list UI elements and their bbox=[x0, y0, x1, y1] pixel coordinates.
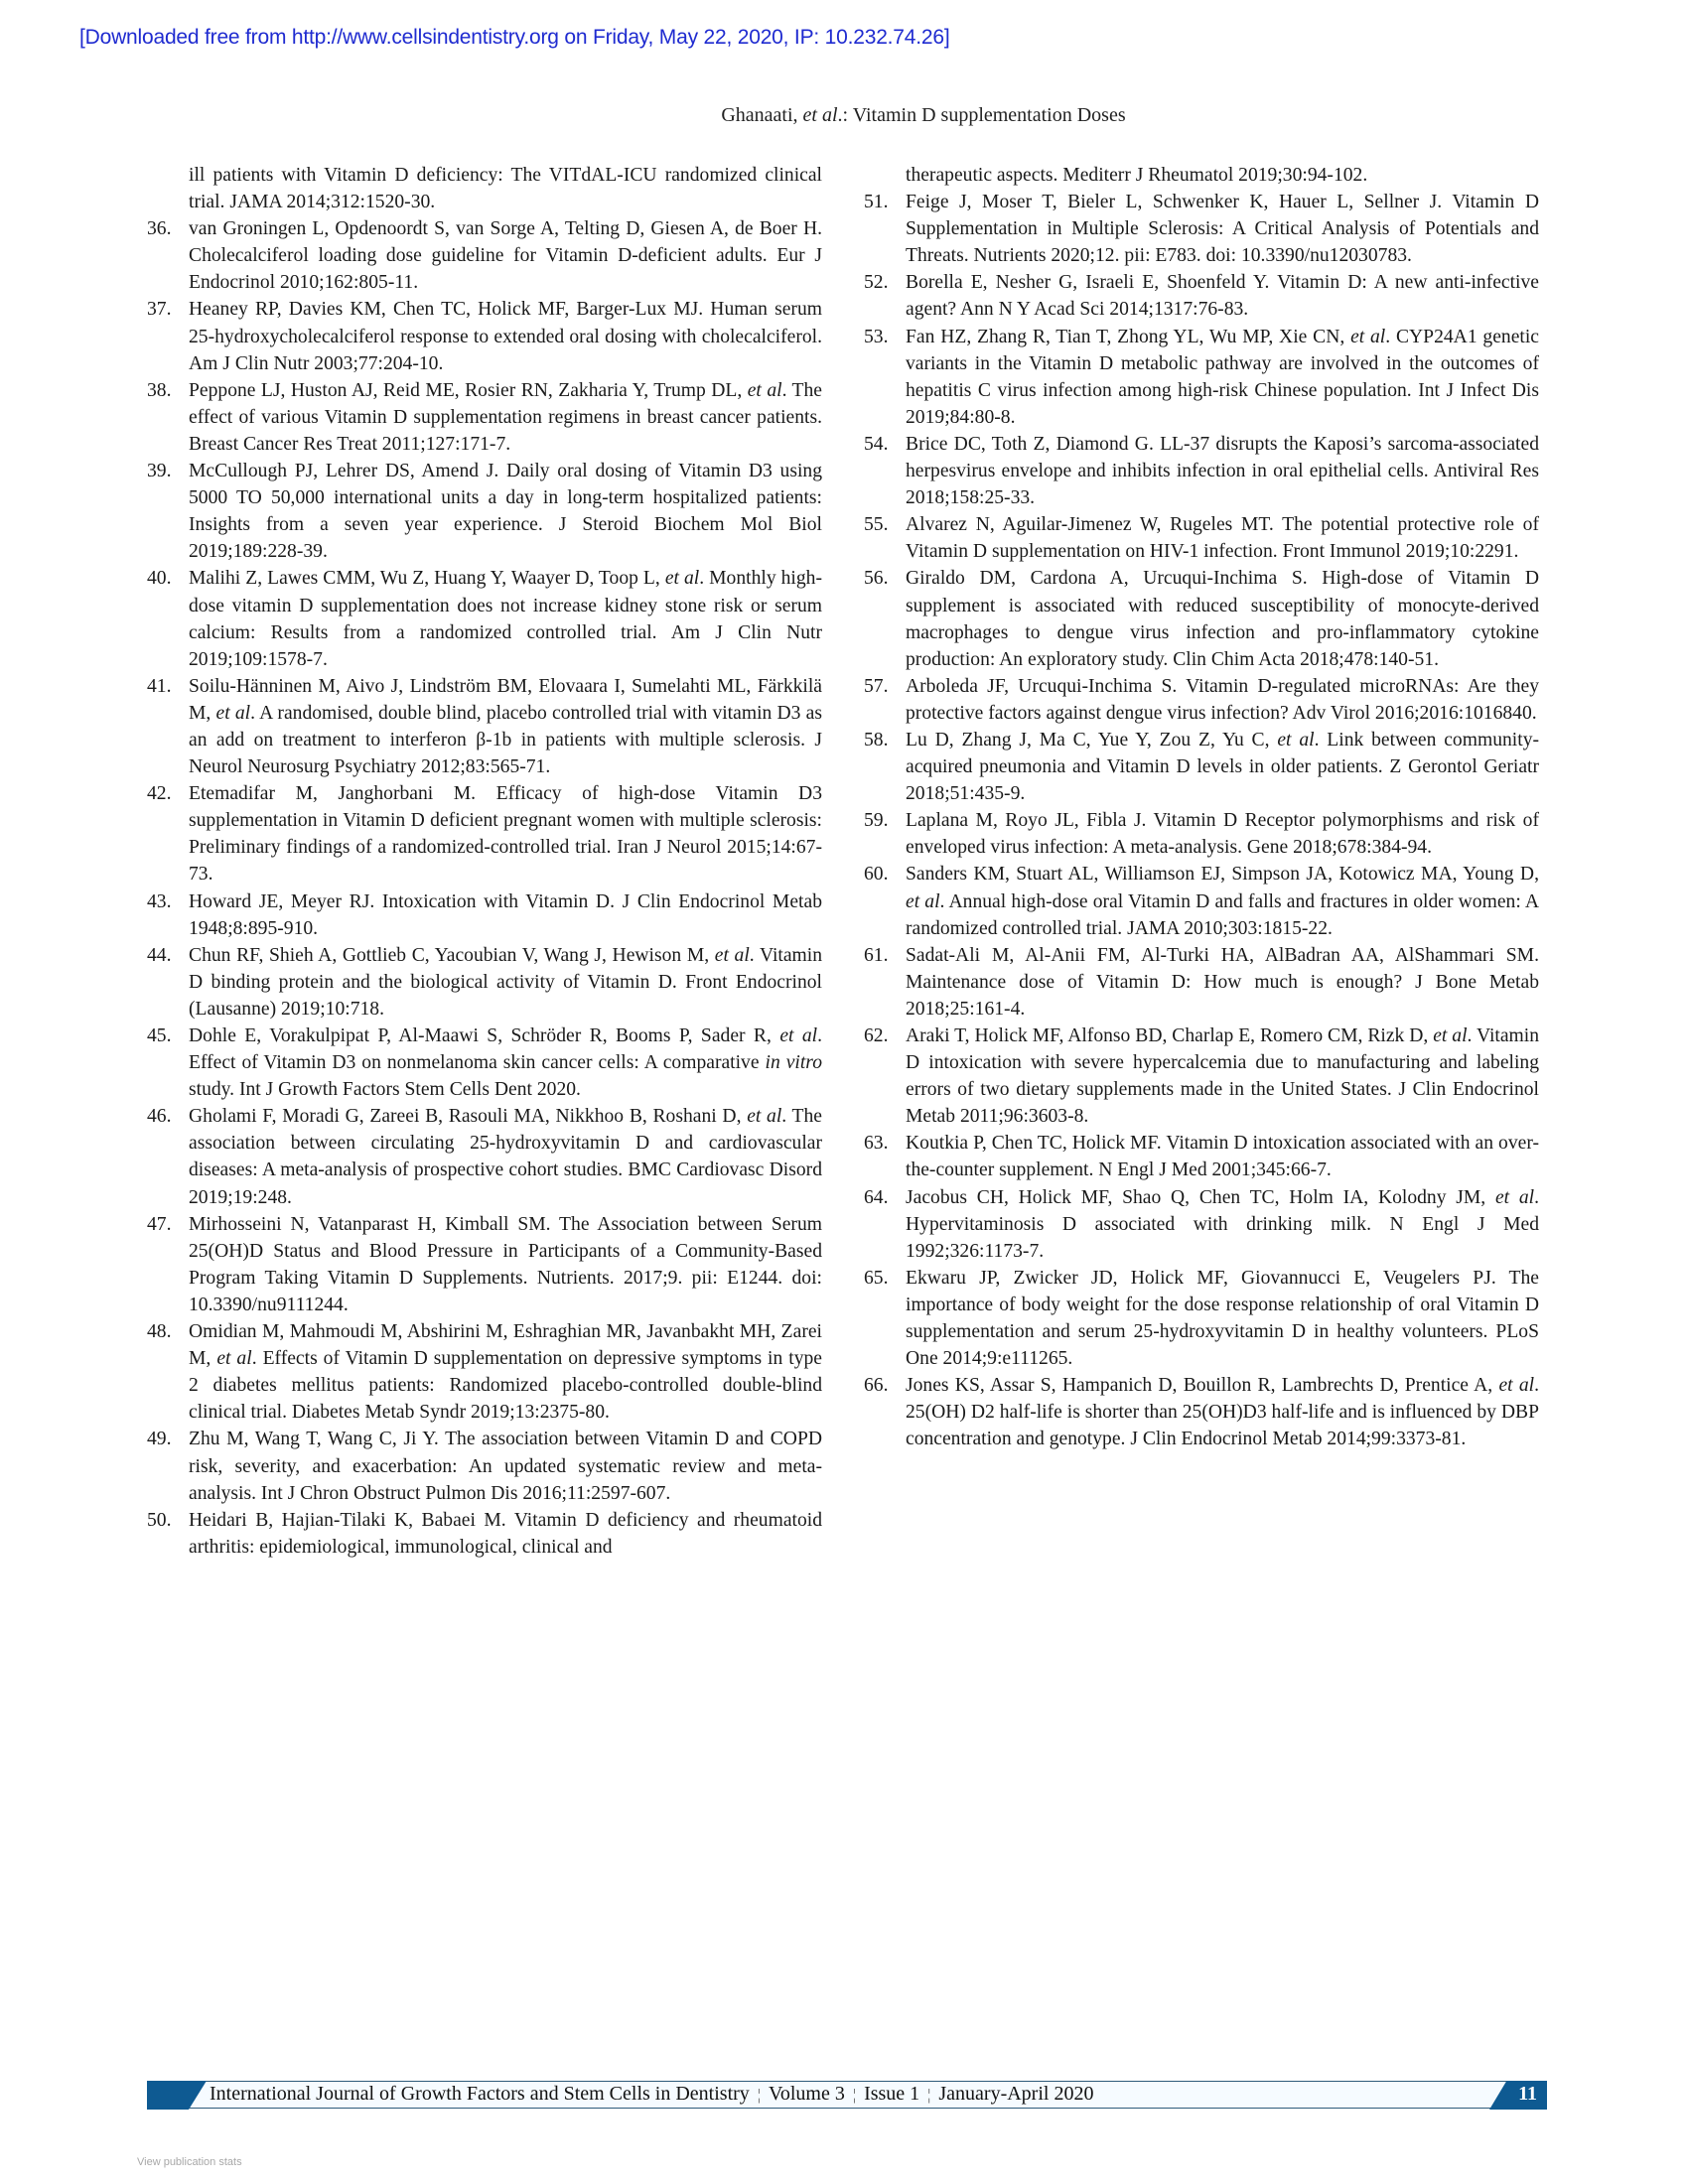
reference-number: 57. bbox=[864, 673, 906, 727]
reference-number: 59. bbox=[864, 807, 906, 861]
italic-text: et al bbox=[1495, 1187, 1534, 1208]
reference-item: 48.Omidian M, Mahmoudi M, Abshirini M, E… bbox=[147, 1318, 822, 1426]
reference-item: 61.Sadat-Ali M, Al-Anii FM, Al-Turki HA,… bbox=[864, 942, 1539, 1023]
reference-text: Zhu M, Wang T, Wang C, Ji Y. The associa… bbox=[189, 1426, 822, 1506]
issue-date: January-April 2020 bbox=[938, 2083, 1093, 2105]
reference-text: Peppone LJ, Huston AJ, Reid ME, Rosier R… bbox=[189, 377, 822, 458]
reference-number: 47. bbox=[147, 1211, 189, 1318]
reference-text: Jacobus CH, Holick MF, Shao Q, Chen TC, … bbox=[906, 1184, 1539, 1265]
text-segment: Howard JE, Meyer RJ. Intoxication with V… bbox=[189, 891, 822, 939]
reference-text: Mirhosseini N, Vatanparast H, Kimball SM… bbox=[189, 1211, 822, 1318]
text-segment: . Effects of Vitamin D supplementation o… bbox=[189, 1348, 822, 1423]
footer-journal-info: International Journal of Growth Factors … bbox=[210, 2083, 1093, 2106]
reference-text: Jones KS, Assar S, Hampanich D, Bouillon… bbox=[906, 1372, 1539, 1452]
reference-text: Fan HZ, Zhang R, Tian T, Zhong YL, Wu MP… bbox=[906, 324, 1539, 431]
italic-text: et al bbox=[748, 380, 782, 401]
reference-item: 43.Howard JE, Meyer RJ. Intoxication wit… bbox=[147, 888, 822, 942]
reference-number: 41. bbox=[147, 673, 189, 780]
reference-item: 65.Ekwaru JP, Zwicker JD, Holick MF, Gio… bbox=[864, 1265, 1539, 1372]
italic-text: et al bbox=[1277, 730, 1314, 751]
reference-text: Arboleda JF, Urcuqui-Inchima S. Vitamin … bbox=[906, 673, 1539, 727]
text-segment: Malihi Z, Lawes CMM, Wu Z, Huang Y, Waay… bbox=[189, 568, 665, 589]
text-segment: Chun RF, Shieh A, Gottlieb C, Yacoubian … bbox=[189, 945, 715, 966]
text-segment: Peppone LJ, Huston AJ, Reid ME, Rosier R… bbox=[189, 380, 748, 401]
references-right-column: therapeutic aspects. Mediterr J Rheumato… bbox=[864, 162, 1539, 1453]
italic-text: et al bbox=[216, 703, 251, 724]
text-segment: Etemadifar M, Janghorbani M. Efficacy of… bbox=[189, 783, 822, 885]
reference-text: Feige J, Moser T, Bieler L, Schwenker K,… bbox=[906, 189, 1539, 269]
text-segment: Fan HZ, Zhang R, Tian T, Zhong YL, Wu MP… bbox=[906, 327, 1350, 347]
text-segment: Jones KS, Assar S, Hampanich D, Bouillon… bbox=[906, 1375, 1498, 1396]
reference-text: Araki T, Holick MF, Alfonso BD, Charlap … bbox=[906, 1023, 1539, 1130]
reference-number: 65. bbox=[864, 1265, 906, 1372]
reference-number: 66. bbox=[864, 1372, 906, 1452]
reference-text: therapeutic aspects. Mediterr J Rheumato… bbox=[906, 162, 1539, 189]
reference-text: Dohle E, Vorakulpipat P, Al-Maawi S, Sch… bbox=[189, 1023, 822, 1103]
reference-number: 64. bbox=[864, 1184, 906, 1265]
reference-text: Ekwaru JP, Zwicker JD, Holick MF, Giovan… bbox=[906, 1265, 1539, 1372]
text-segment: Sadat-Ali M, Al-Anii FM, Al-Turki HA, Al… bbox=[906, 945, 1539, 1020]
italic-text: et al bbox=[715, 945, 750, 966]
reference-text: Heaney RP, Davies KM, Chen TC, Holick MF… bbox=[189, 296, 822, 376]
reference-item: 46.Gholami F, Moradi G, Zareei B, Rasoul… bbox=[147, 1103, 822, 1210]
text-segment: . Annual high-dose oral Vitamin D and fa… bbox=[906, 891, 1539, 939]
running-head: Ghanaati, et al.: Vitamin D supplementat… bbox=[0, 104, 1688, 127]
reference-item: 39.McCullough PJ, Lehrer DS, Amend J. Da… bbox=[147, 458, 822, 565]
text-segment: Dohle E, Vorakulpipat P, Al-Maawi S, Sch… bbox=[189, 1025, 779, 1046]
page-footer: International Journal of Growth Factors … bbox=[147, 2081, 1547, 2109]
reference-number: 60. bbox=[864, 861, 906, 941]
reference-number: 52. bbox=[864, 269, 906, 323]
separator: ¦ bbox=[750, 2087, 769, 2104]
reference-text: Heidari B, Hajian-Tilaki K, Babaei M. Vi… bbox=[189, 1507, 822, 1561]
reference-number: 61. bbox=[864, 942, 906, 1023]
references-left-column: ill patients with Vitamin D deficiency: … bbox=[147, 162, 822, 1561]
reference-number: 62. bbox=[864, 1023, 906, 1130]
reference-number: 48. bbox=[147, 1318, 189, 1426]
reference-text: Borella E, Nesher G, Israeli E, Shoenfel… bbox=[906, 269, 1539, 323]
reference-item: ill patients with Vitamin D deficiency: … bbox=[147, 162, 822, 215]
reference-number: 43. bbox=[147, 888, 189, 942]
reference-item: 47.Mirhosseini N, Vatanparast H, Kimball… bbox=[147, 1211, 822, 1318]
reference-text: Howard JE, Meyer RJ. Intoxication with V… bbox=[189, 888, 822, 942]
issue: Issue 1 bbox=[864, 2083, 919, 2105]
reference-number: 38. bbox=[147, 377, 189, 458]
reference-number: 51. bbox=[864, 189, 906, 269]
reference-text: Giraldo DM, Cardona A, Urcuqui-Inchima S… bbox=[906, 565, 1539, 672]
text-segment: Araki T, Holick MF, Alfonso BD, Charlap … bbox=[906, 1025, 1433, 1046]
reference-text: Malihi Z, Lawes CMM, Wu Z, Huang Y, Waay… bbox=[189, 565, 822, 672]
text-segment: McCullough PJ, Lehrer DS, Amend J. Daily… bbox=[189, 461, 822, 562]
reference-text: Sadat-Ali M, Al-Anii FM, Al-Turki HA, Al… bbox=[906, 942, 1539, 1023]
reference-text: Sanders KM, Stuart AL, Williamson EJ, Si… bbox=[906, 861, 1539, 941]
text-segment: Heidari B, Hajian-Tilaki K, Babaei M. Vi… bbox=[189, 1510, 822, 1558]
reference-text: Alvarez N, Aguilar-Jimenez W, Rugeles MT… bbox=[906, 511, 1539, 565]
text-segment: Borella E, Nesher G, Israeli E, Shoenfel… bbox=[906, 272, 1539, 320]
reference-item: 51.Feige J, Moser T, Bieler L, Schwenker… bbox=[864, 189, 1539, 269]
reference-number: 63. bbox=[864, 1130, 906, 1183]
reference-item: 50.Heidari B, Hajian-Tilaki K, Babaei M.… bbox=[147, 1507, 822, 1561]
text-segment: Giraldo DM, Cardona A, Urcuqui-Inchima S… bbox=[906, 568, 1539, 669]
running-head-title: .: Vitamin D supplementation Doses bbox=[838, 104, 1126, 126]
text-segment: Lu D, Zhang J, Ma C, Yue Y, Zou Z, Yu C, bbox=[906, 730, 1277, 751]
journal-name: International Journal of Growth Factors … bbox=[210, 2083, 750, 2105]
reference-item: 53.Fan HZ, Zhang R, Tian T, Zhong YL, Wu… bbox=[864, 324, 1539, 431]
reference-item: 55.Alvarez N, Aguilar-Jimenez W, Rugeles… bbox=[864, 511, 1539, 565]
page-number: 11 bbox=[1518, 2083, 1537, 2106]
reference-number: 53. bbox=[864, 324, 906, 431]
text-segment: van Groningen L, Opdenoordt S, van Sorge… bbox=[189, 218, 822, 293]
reference-text: ill patients with Vitamin D deficiency: … bbox=[189, 162, 822, 215]
reference-text: Gholami F, Moradi G, Zareei B, Rasouli M… bbox=[189, 1103, 822, 1210]
reference-item: 45.Dohle E, Vorakulpipat P, Al-Maawi S, … bbox=[147, 1023, 822, 1103]
reference-item: 52.Borella E, Nesher G, Israeli E, Shoen… bbox=[864, 269, 1539, 323]
reference-item: 56.Giraldo DM, Cardona A, Urcuqui-Inchim… bbox=[864, 565, 1539, 672]
running-head-etal: et al bbox=[803, 104, 838, 126]
reference-text: Chun RF, Shieh A, Gottlieb C, Yacoubian … bbox=[189, 942, 822, 1023]
text-segment: Heaney RP, Davies KM, Chen TC, Holick MF… bbox=[189, 299, 822, 373]
reference-text: Omidian M, Mahmoudi M, Abshirini M, Eshr… bbox=[189, 1318, 822, 1426]
italic-text: et al bbox=[665, 568, 699, 589]
reference-text: Brice DC, Toth Z, Diamond G. LL-37 disru… bbox=[906, 431, 1539, 511]
reference-number: 44. bbox=[147, 942, 189, 1023]
reference-item: 37.Heaney RP, Davies KM, Chen TC, Holick… bbox=[147, 296, 822, 376]
reference-item: 59.Laplana M, Royo JL, Fibla J. Vitamin … bbox=[864, 807, 1539, 861]
reference-item: 66.Jones KS, Assar S, Hampanich D, Bouil… bbox=[864, 1372, 1539, 1452]
italic-text: et al bbox=[1498, 1375, 1534, 1396]
reference-number: 50. bbox=[147, 1507, 189, 1561]
reference-item: 49.Zhu M, Wang T, Wang C, Ji Y. The asso… bbox=[147, 1426, 822, 1506]
text-segment: . A randomised, double blind, placebo co… bbox=[189, 703, 822, 777]
reference-number: 37. bbox=[147, 296, 189, 376]
separator: ¦ bbox=[845, 2087, 864, 2104]
separator: ¦ bbox=[919, 2087, 938, 2104]
download-banner: [Downloaded free from http://www.cellsin… bbox=[79, 26, 950, 50]
italic-text: et al bbox=[216, 1348, 251, 1369]
text-segment: ill patients with Vitamin D deficiency: … bbox=[189, 165, 822, 212]
reference-number: 49. bbox=[147, 1426, 189, 1506]
text-segment: study. Int J Growth Factors Stem Cells D… bbox=[189, 1079, 581, 1100]
reference-item: 38.Peppone LJ, Huston AJ, Reid ME, Rosie… bbox=[147, 377, 822, 458]
reference-text: Lu D, Zhang J, Ma C, Yue Y, Zou Z, Yu C,… bbox=[906, 727, 1539, 807]
reference-number: 42. bbox=[147, 780, 189, 887]
text-segment: Brice DC, Toth Z, Diamond G. LL-37 disru… bbox=[906, 434, 1539, 508]
reference-item: 36.van Groningen L, Opdenoordt S, van So… bbox=[147, 215, 822, 296]
text-segment: Ekwaru JP, Zwicker JD, Holick MF, Giovan… bbox=[906, 1268, 1539, 1369]
reference-number: 58. bbox=[864, 727, 906, 807]
reference-item: 64.Jacobus CH, Holick MF, Shao Q, Chen T… bbox=[864, 1184, 1539, 1265]
text-segment: therapeutic aspects. Mediterr J Rheumato… bbox=[906, 165, 1367, 186]
reference-item: 63.Koutkia P, Chen TC, Holick MF. Vitami… bbox=[864, 1130, 1539, 1183]
italic-text: et al bbox=[906, 891, 940, 912]
reference-item: therapeutic aspects. Mediterr J Rheumato… bbox=[864, 162, 1539, 189]
running-head-authors: Ghanaati, bbox=[721, 104, 802, 126]
reference-item: 62.Araki T, Holick MF, Alfonso BD, Charl… bbox=[864, 1023, 1539, 1130]
reference-item: 42.Etemadifar M, Janghorbani M. Efficacy… bbox=[147, 780, 822, 887]
reference-number: 45. bbox=[147, 1023, 189, 1103]
italic-text: et al bbox=[747, 1106, 781, 1127]
reference-item: 60.Sanders KM, Stuart AL, Williamson EJ,… bbox=[864, 861, 1539, 941]
text-segment: Gholami F, Moradi G, Zareei B, Rasouli M… bbox=[189, 1106, 747, 1127]
reference-number: 40. bbox=[147, 565, 189, 672]
reference-text: van Groningen L, Opdenoordt S, van Sorge… bbox=[189, 215, 822, 296]
reference-item: 58.Lu D, Zhang J, Ma C, Yue Y, Zou Z, Yu… bbox=[864, 727, 1539, 807]
text-segment: Feige J, Moser T, Bieler L, Schwenker K,… bbox=[906, 192, 1539, 266]
reference-number: 55. bbox=[864, 511, 906, 565]
italic-text: et al bbox=[779, 1025, 817, 1046]
reference-number: 36. bbox=[147, 215, 189, 296]
reference-text: Etemadifar M, Janghorbani M. Efficacy of… bbox=[189, 780, 822, 887]
text-segment: Koutkia P, Chen TC, Holick MF. Vitamin D… bbox=[906, 1133, 1539, 1180]
italic-text: et al bbox=[1433, 1025, 1467, 1046]
text-segment: Arboleda JF, Urcuqui-Inchima S. Vitamin … bbox=[906, 676, 1539, 724]
reference-item: 40.Malihi Z, Lawes CMM, Wu Z, Huang Y, W… bbox=[147, 565, 822, 672]
text-segment: Mirhosseini N, Vatanparast H, Kimball SM… bbox=[189, 1214, 822, 1315]
italic-text: et al bbox=[1350, 327, 1385, 347]
text-segment: Sanders KM, Stuart AL, Williamson EJ, Si… bbox=[906, 864, 1539, 885]
text-segment: Jacobus CH, Holick MF, Shao Q, Chen TC, … bbox=[906, 1187, 1495, 1208]
view-publication-stats-link[interactable]: View publication stats bbox=[137, 2156, 242, 2168]
reference-number: 39. bbox=[147, 458, 189, 565]
reference-text: Koutkia P, Chen TC, Holick MF. Vitamin D… bbox=[906, 1130, 1539, 1183]
volume: Volume 3 bbox=[769, 2083, 845, 2105]
reference-number: 54. bbox=[864, 431, 906, 511]
reference-text: Laplana M, Royo JL, Fibla J. Vitamin D R… bbox=[906, 807, 1539, 861]
reference-item: 54.Brice DC, Toth Z, Diamond G. LL-37 di… bbox=[864, 431, 1539, 511]
reference-text: McCullough PJ, Lehrer DS, Amend J. Daily… bbox=[189, 458, 822, 565]
text-segment: Zhu M, Wang T, Wang C, Ji Y. The associa… bbox=[189, 1429, 822, 1503]
text-segment: Alvarez N, Aguilar-Jimenez W, Rugeles MT… bbox=[906, 514, 1539, 562]
reference-number: 56. bbox=[864, 565, 906, 672]
reference-item: 41.Soilu-Hänninen M, Aivo J, Lindström B… bbox=[147, 673, 822, 780]
reference-item: 57.Arboleda JF, Urcuqui-Inchima S. Vitam… bbox=[864, 673, 1539, 727]
reference-item: 44.Chun RF, Shieh A, Gottlieb C, Yacoubi… bbox=[147, 942, 822, 1023]
text-segment: Laplana M, Royo JL, Fibla J. Vitamin D R… bbox=[906, 810, 1539, 858]
italic-text: in vitro bbox=[766, 1052, 822, 1073]
reference-text: Soilu-Hänninen M, Aivo J, Lindström BM, … bbox=[189, 673, 822, 780]
reference-number: 46. bbox=[147, 1103, 189, 1210]
